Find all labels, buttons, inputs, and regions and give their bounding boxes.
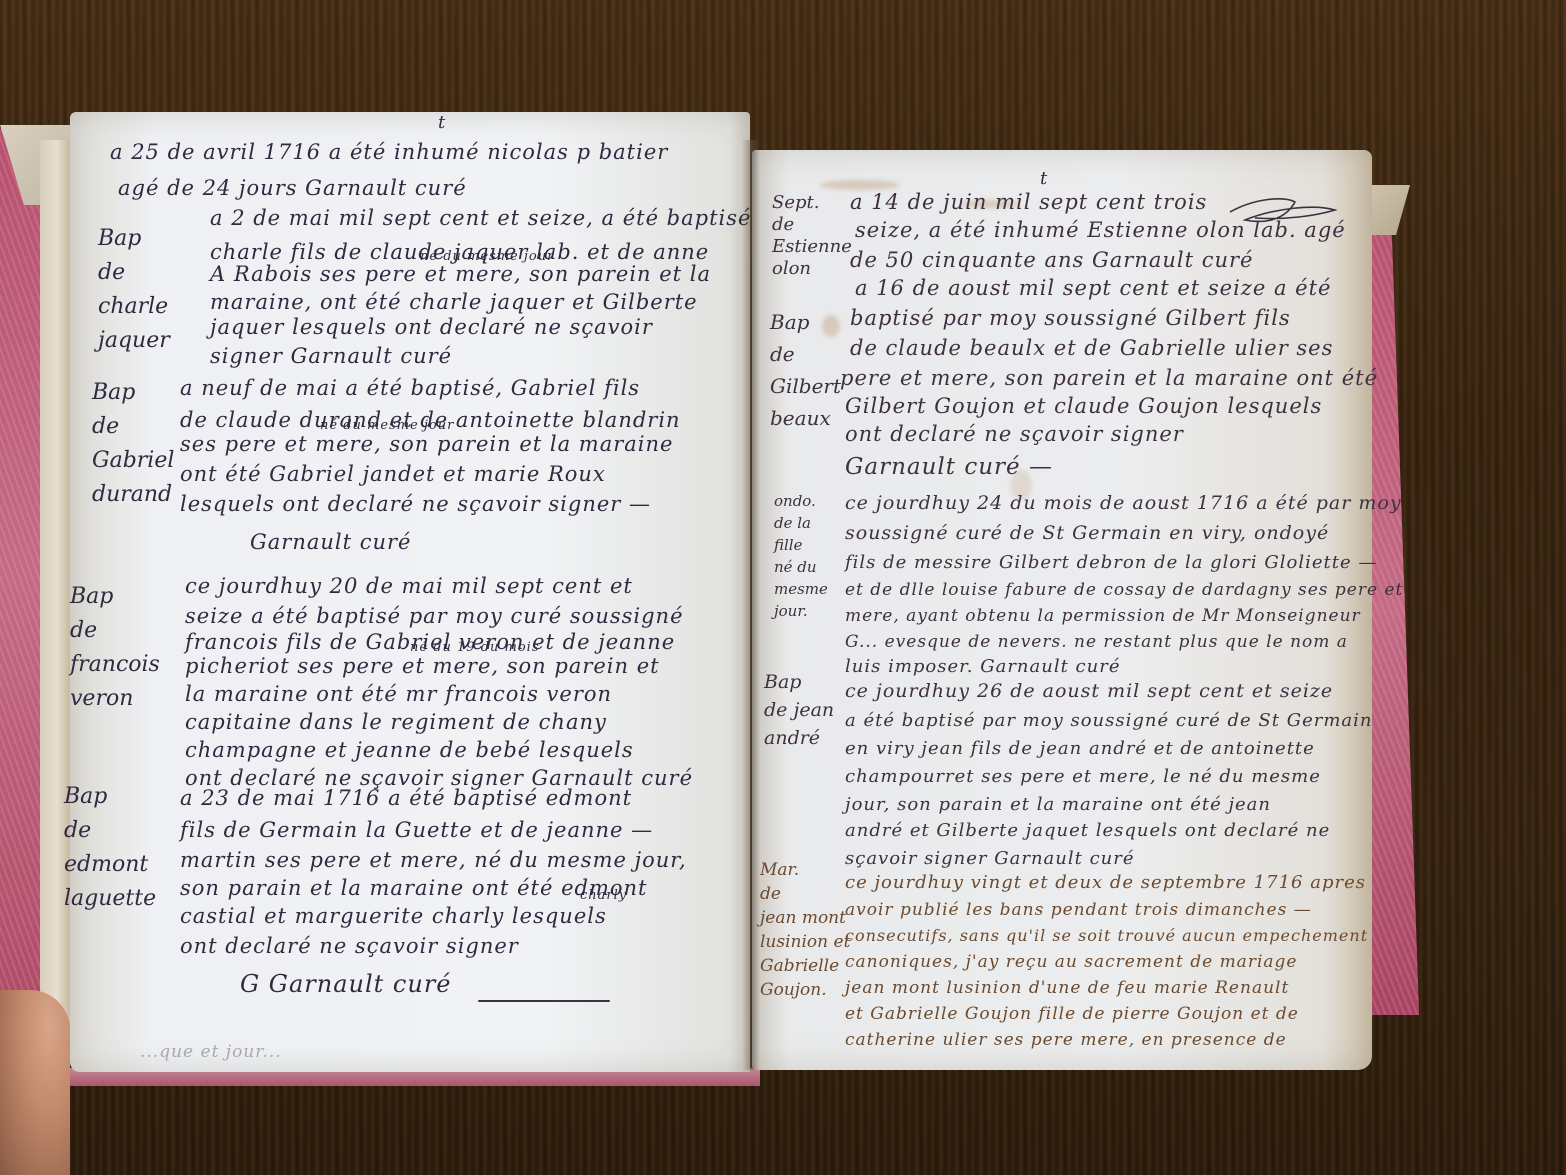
entry-line: a 16 de aoust mil sept cent et seize a é… (855, 276, 1331, 300)
entry-line: de 50 cinquante ans Garnault curé (850, 248, 1253, 272)
entry-line: fils de messire Gilbert debron de la glo… (845, 552, 1377, 573)
faint-bleedthrough-text: ...que et jour... (140, 1042, 282, 1062)
entry-line: agé de 24 jours Garnault curé (118, 176, 467, 200)
margin-note: Sept. de Estienne olon (772, 192, 852, 280)
entry-line: A Rabois ses pere et mere, son parein et… (210, 262, 711, 286)
entry-line: consecutifs, sans qu'il se soit trouvé a… (845, 926, 1368, 945)
entry-line: jaquer lesquels ont declaré ne sçavoir (210, 315, 653, 339)
entry-line: luis imposer. Garnault curé (845, 656, 1120, 677)
margin-note: Mar. de jean mont lusinion et Gabrielle … (760, 858, 850, 1002)
entry-line: a été baptisé par moy soussigné curé de … (845, 710, 1372, 731)
margin-note: Bap de jean andré (764, 668, 834, 752)
entry-line: a 2 de mai mil sept cent et seize, a été… (210, 206, 751, 230)
entry-line: et Gabrielle Goujon fille de pierre Gouj… (845, 1004, 1299, 1024)
signature-underline (478, 1000, 610, 1002)
entry-line: et de dlle louise fabure de cossay de da… (845, 580, 1403, 600)
entry-line: la maraine ont été mr francois veron (185, 682, 612, 706)
entry-line: G... evesque de nevers. ne restant plus … (845, 632, 1348, 652)
margin-note: Bap de edmont laguette (64, 780, 156, 916)
page-mark: t (1040, 168, 1047, 189)
entry-line: de claude beaulx et de Gabrielle ulier s… (850, 336, 1333, 360)
entry-line: canoniques, j'ay reçu au sacrement de ma… (845, 952, 1297, 972)
entry-line: castial et marguerite charly lesquels (180, 904, 607, 928)
page-mark: t (438, 112, 445, 133)
entry-line: jean mont lusinion d'une de feu marie Re… (845, 978, 1289, 998)
margin-note: Bap de francois veron (70, 580, 160, 716)
holding-finger (0, 990, 70, 1175)
entry-line: picheriot ses pere et mere, son parein e… (185, 654, 660, 678)
entry-line: ont declaré ne sçavoir signer (845, 422, 1184, 446)
margin-note: Bap de Gilbert beaux (770, 306, 841, 434)
entry-line: en viry jean fils de jean andré et de an… (845, 738, 1315, 759)
stain (820, 180, 900, 190)
entry-line: avoir publié les bans pendant trois dima… (845, 900, 1312, 920)
entry-line: soussigné curé de St Germain en viry, on… (845, 522, 1329, 544)
interlinear-note: né du 19 du mois (410, 640, 540, 655)
entry-line: capitaine dans le regiment de chany (185, 710, 607, 734)
entry-line: ont declaré ne sçavoir signer (180, 934, 519, 958)
entry-line: pere et mere, son parein et la maraine o… (840, 366, 1378, 390)
entry-line: champourret ses pere et mere, le né du m… (845, 766, 1321, 787)
entry-line: ont été Gabriel jandet et marie Roux (180, 462, 606, 486)
entry-line: a 23 de mai 1716 a été baptisé edmont (180, 786, 632, 810)
entry-line: a 14 de juin mil sept cent trois (850, 190, 1207, 214)
entry-line: ce jourdhuy vingt et deux de septembre 1… (845, 872, 1366, 893)
margin-note: Bap de Gabriel durand (92, 376, 174, 512)
flourish-signature-icon (1225, 190, 1340, 230)
entry-line: ses pere et mere, son parein et la marai… (180, 432, 673, 456)
entry-line: seize a été baptisé par moy curé soussig… (185, 604, 684, 628)
entry-line: champagne et jeanne de bebé lesquels (185, 738, 634, 762)
entry-line: ce jourdhuy 24 du mois de aoust 1716 a é… (845, 492, 1402, 514)
entry-line: maraine, ont été charle jaquer et Gilber… (210, 290, 698, 314)
entry-line: ce jourdhuy 26 de aoust mil sept cent et… (845, 680, 1333, 702)
entry-line: lesquels ont declaré ne sçavoir signer — (180, 492, 651, 516)
entry-line: son parain et la maraine ont été edmont (180, 876, 648, 900)
entry-line: a 25 de avril 1716 a été inhumé nicolas … (110, 140, 668, 164)
entry-line: ce jourdhuy 20 de mai mil sept cent et (185, 574, 633, 598)
book-gutter (742, 140, 760, 1070)
entry-line: andré et Gilberte jaquet lesquels ont de… (845, 820, 1330, 841)
interlinear-note: né du mesme jour (320, 418, 454, 433)
signature: Garnault curé (250, 530, 412, 554)
margin-note: Bap de charle jaquer (98, 222, 170, 358)
signature: Garnault curé — (845, 454, 1053, 480)
entry-line: mere, ayant obtenu la permission de Mr M… (845, 606, 1361, 626)
interlinear-note: charly (580, 888, 627, 903)
entry-line: Gilbert Goujon et claude Goujon lesquels (845, 394, 1322, 418)
entry-line: baptisé par moy soussigné Gilbert fils (850, 306, 1291, 330)
entry-line: signer Garnault curé (210, 344, 452, 368)
entry-line: fils de Germain la Guette et de jeanne — (180, 818, 653, 842)
entry-line: a neuf de mai a été baptisé, Gabriel fil… (180, 376, 640, 400)
entry-line: martin ses pere et mere, né du mesme jou… (180, 848, 687, 872)
signature: G Garnault curé (240, 970, 452, 998)
entry-line: jour, son parain et la maraine ont été j… (845, 794, 1271, 815)
entry-line: catherine ulier ses pere mere, en presen… (845, 1030, 1287, 1050)
entry-line: sçavoir signer Garnault curé (845, 848, 1135, 869)
margin-note: ondo. de la fille né du mesme jour. (774, 490, 828, 622)
